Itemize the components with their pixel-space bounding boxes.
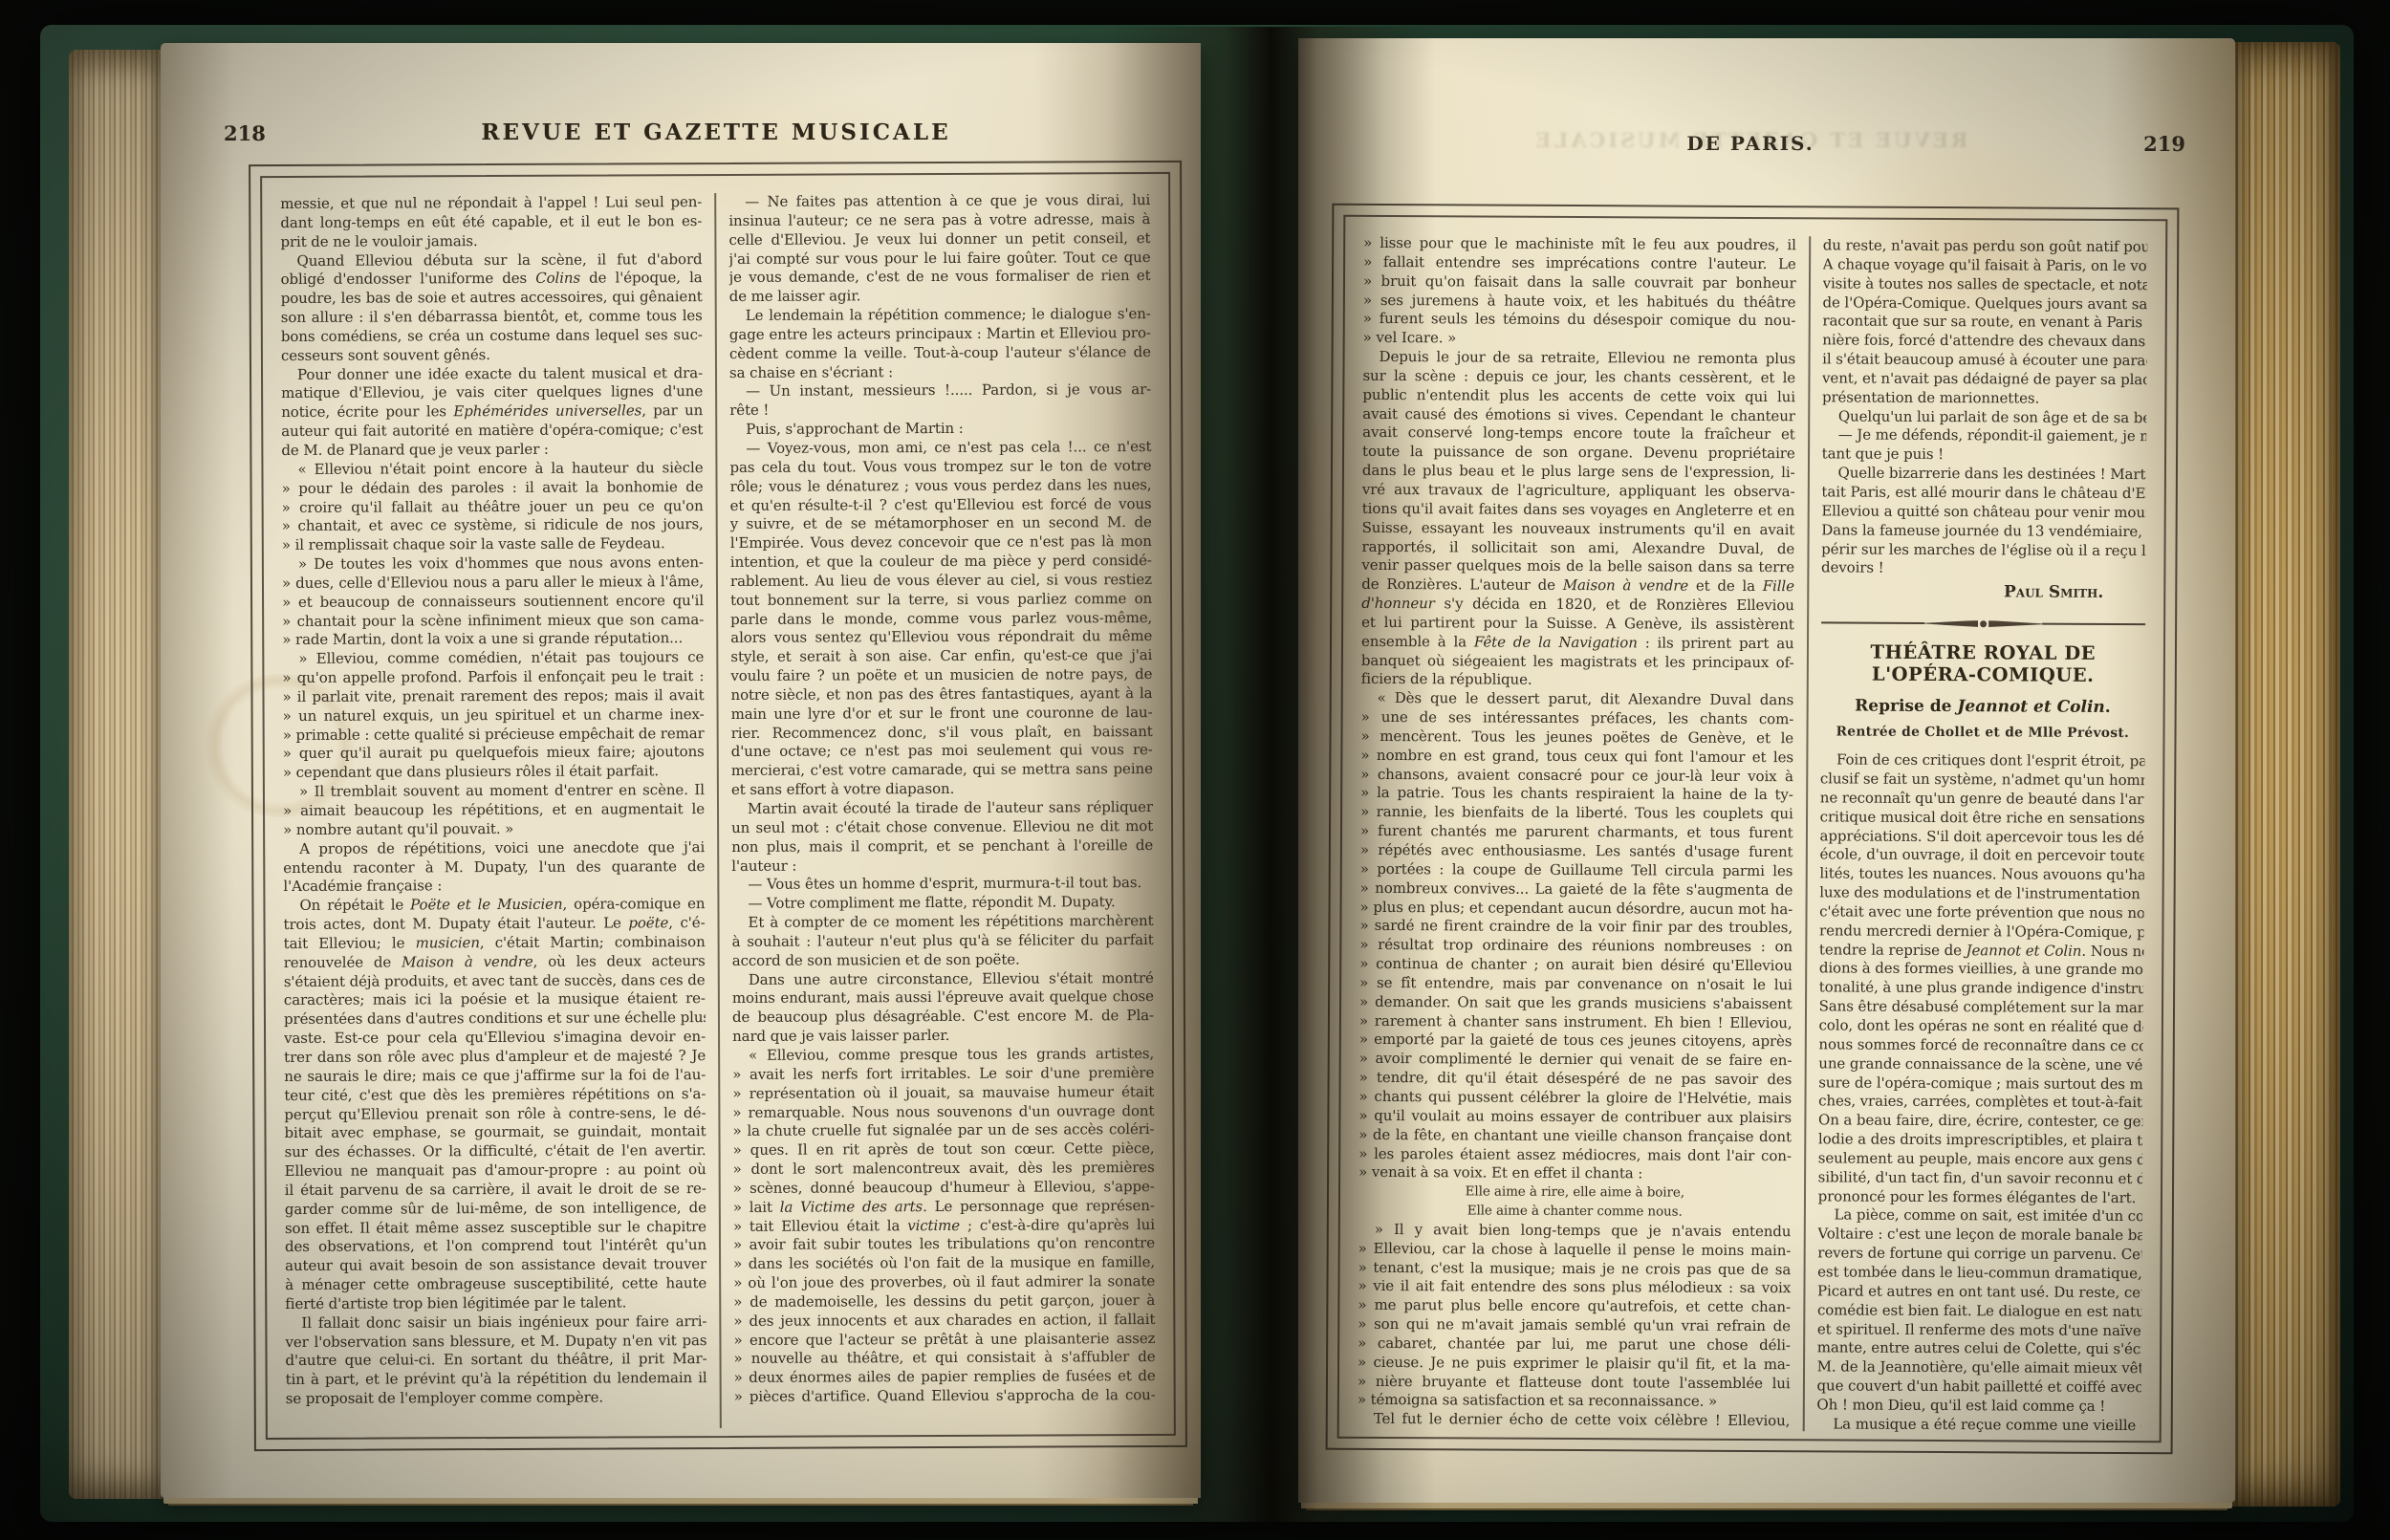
text-line: » deux énormes ailes de papier remplies … <box>734 1367 1156 1388</box>
right-page: REVUE ET GAZETTE MUSICALE DE PARIS. 219 … <box>1298 38 2235 1503</box>
text-line: public n'entendit plus les accents de ce… <box>1362 386 1795 407</box>
text-line: et spirituel. Il renferme des mots d'une… <box>1817 1320 2141 1341</box>
text-line: » rannie, les bienfaits de la liberté. T… <box>1360 803 1793 824</box>
text-line: » lisse pour que le machiniste mît le fe… <box>1363 234 1796 255</box>
text-line: dans le plus beau et le plus large sens … <box>1362 462 1795 483</box>
text-line: » portées : la coupe de Guillaume Tell c… <box>1360 860 1793 881</box>
text-line: perçut qu'Elleviou prenait son rôle à co… <box>284 1104 706 1125</box>
text-line: un seul mot : c'était chose convenue. El… <box>731 817 1153 838</box>
text-line: tait Paris, est allé mourir dans le chât… <box>1821 483 2145 504</box>
text-line: » chantait pour la scène infiniment mieu… <box>282 611 704 632</box>
text-line: » remarquable. Nous nous souvenons d'un … <box>732 1102 1154 1123</box>
text-line: » dont le sort malencontreux avait, dès … <box>733 1159 1155 1180</box>
text-line: « Elleviou, comme presque tous les grand… <box>732 1045 1154 1066</box>
text-line: auteur qui avait besoin de son assistanc… <box>285 1255 706 1276</box>
text-line: prononcé pour les formes élégantes de l'… <box>1818 1187 2142 1208</box>
right-text-frame: » lisse pour que le machiniste mît le fe… <box>1326 204 2180 1455</box>
text-line: lités, toutes les nuances. Nous avouons … <box>1819 865 2143 886</box>
text-line: » témoigna sa satisfaction et sa reconna… <box>1358 1391 1791 1412</box>
text-line: » un naturel exquis, un jeu spirituel et… <box>283 705 705 727</box>
text-line: » nombre en est grand, tous ceux qui fon… <box>1360 747 1793 768</box>
text-line: rendu mercredi dernier à l'Opéra-Comique… <box>1819 922 2143 943</box>
text-line: l'auteur : <box>731 856 1153 877</box>
text-line: se proposait de l'employer comme compère… <box>286 1388 707 1409</box>
text-line: » son qui ne m'avait jamais semblé qu'un… <box>1358 1315 1791 1336</box>
text-line: main une lyre d'or et sur le front une c… <box>731 704 1153 725</box>
text-line: » ses juremens à haute voix, et les habi… <box>1363 291 1796 312</box>
text-line: mante, entre autres celui de Colette, qu… <box>1817 1339 2141 1360</box>
left-text-frame-inner: messie, et que nul ne répondait à l'appe… <box>260 172 1176 1440</box>
article-subheading: Reprise de Jeannot et Colin. <box>1820 697 2144 718</box>
text-line: son effet. Il était même assez susceptib… <box>285 1218 706 1239</box>
text-line: » se fît entendre, mais par convenance o… <box>1359 974 1792 995</box>
left-column-1: messie, et que nul ne répondait à l'appe… <box>268 193 720 1430</box>
text-line: garder comme sûr de lui-même, de son int… <box>285 1199 706 1220</box>
text-line: tant que je puis ! <box>1822 445 2146 466</box>
text-line: » avait les nerfs fort irritables. Le so… <box>732 1064 1154 1085</box>
text-line: seulement au peuple, mais encore aux gen… <box>1818 1149 2142 1170</box>
text-line: clusif se fait un système, n'admet qu'un… <box>1820 770 2144 791</box>
text-line: Dans une autre circonstance, Elleviou s'… <box>732 969 1154 990</box>
article-end-text: du reste, n'avait pas perdu son goût nat… <box>1821 236 2147 579</box>
text-line: à souhait : l'auteur n'eut plus qu'à se … <box>732 931 1154 952</box>
text-line: notice, écrite pour les Ephémérides univ… <box>281 401 703 423</box>
text-line: Pour donner une idée exacte du talent mu… <box>281 364 703 385</box>
text-line: du reste, n'avait pas perdu son goût nat… <box>1823 236 2147 257</box>
text-line: cèdent comme la veille. Tout-à-coup l'au… <box>729 343 1151 364</box>
text-line: Depuis le jour de sa retraite, Elleviou … <box>1363 348 1796 369</box>
text-line: sibilité, d'un tact fin, d'un savoir rec… <box>1818 1168 2142 1189</box>
left-page: 218 REVUE ET GAZETTE MUSICALE messie, et… <box>161 43 1201 1498</box>
left-text-frame: messie, et que nul ne répondait à l'appe… <box>249 161 1187 1451</box>
text-line: » de la fête, en chantant une vieille ch… <box>1358 1126 1792 1147</box>
text-line: moins endurant, mais aussi l'épreuve ava… <box>732 987 1154 1009</box>
text-line: tions qu'il avait faites dans ses voyage… <box>1362 500 1795 521</box>
text-line: » tait Elleviou était la victime ; c'est… <box>733 1216 1155 1237</box>
text-line: — Voyez-vous, mon ami, ce n'est pas cela… <box>729 438 1151 459</box>
text-line: — Votre compliment me flatte, répondit M… <box>731 893 1153 914</box>
text-line: style, et serait à son aise. Car enfin, … <box>730 646 1152 667</box>
text-line: comédie est bien fait. Le dialogue en es… <box>1817 1301 2141 1322</box>
section-divider <box>1821 607 2146 641</box>
text-line: teur cité, c'est que dès les premières r… <box>284 1085 706 1106</box>
text-line: caractères; mais ici la poésie et la mus… <box>284 989 706 1010</box>
divider-taper-icon <box>1988 620 2042 627</box>
divider-dot-icon <box>1980 620 1987 627</box>
text-line: prit de ne le vouloir jamais. <box>280 231 702 252</box>
text-line: l'Académie française : <box>283 876 705 897</box>
text-line: voulu faire ? un poëte et un musicien de… <box>730 665 1152 686</box>
text-line: Tel fut le dernier écho de cette voix cé… <box>1358 1410 1791 1431</box>
text-line: entendu raconter à M. Dupaty, l'un des q… <box>283 857 705 878</box>
text-line: » de mademoiselle, les dessins du petit … <box>733 1291 1155 1312</box>
text-line: » qu'on appelle profond. Parfois il enfo… <box>282 667 704 688</box>
text-line: poudre, les bas de soie et autres access… <box>281 288 703 309</box>
text-line: rête ! <box>729 400 1151 421</box>
text-line: il était parvenu de sa carrière, il avai… <box>285 1180 706 1201</box>
text-line: Elleviou a quitté son château pour venir… <box>1821 502 2145 523</box>
text-line: On a beau faire, dire, écrire, contester… <box>1818 1112 2142 1133</box>
text-line: tout bonnement sur la terre, si vous par… <box>730 590 1152 611</box>
text-line: La musique a été reçue comme une vieille… <box>1816 1415 2140 1433</box>
text-line: nière fois, forcé d'attendre des chevaux… <box>1822 332 2146 353</box>
text-line: » pour le dédain des paroles : il avait … <box>282 478 704 499</box>
text-line: et lui partirent pour la Suisse. A Genèv… <box>1361 614 1794 635</box>
byline: Paul Smith. <box>1821 578 2146 609</box>
page-edges-right <box>2220 42 2340 1507</box>
text-line: fierté d'artiste trop bien légitimée par… <box>285 1293 706 1314</box>
text-line: » la patrie. Tous les chants respiraient… <box>1360 784 1793 805</box>
text-line: et qu'en résulte-t-il ? c'est qu'Ellevio… <box>730 495 1152 516</box>
text-line: » rade Martin, dont la voix a une si gra… <box>282 629 704 650</box>
text-line: » la chute cruelle fut signalée par un d… <box>732 1120 1154 1141</box>
text-line: » aimait beaucoup les répétitions, et en… <box>283 800 705 821</box>
text-line: sure de l'opéra-comique ; mais surtout d… <box>1818 1074 2142 1095</box>
text-line: » tenant, c'est la musique; mais je ne c… <box>1358 1258 1792 1279</box>
text-line: « Dès que le dessert parut, dit Alexandr… <box>1361 689 1794 710</box>
text-line: vent, et n'avait pas dédaigné de payer s… <box>1822 369 2146 390</box>
text-line: A chaque voyage qu'il faisait à Paris, o… <box>1823 255 2147 276</box>
text-line: ensemble à la Fête de la Navigation : il… <box>1361 633 1794 654</box>
text-line: vré aux travaux de l'agriculture, appliq… <box>1362 481 1795 502</box>
text-line: » et beaucoup de connaisseurs soutiennen… <box>282 592 704 613</box>
text-line: rapportés, il sollicitait son ami, Alexa… <box>1361 537 1794 558</box>
text-line: parle dans le monde, comme vous parlez v… <box>730 609 1152 630</box>
text-line: » demander. On sait que les grands music… <box>1359 993 1792 1014</box>
text-line: » plus en plus; et cependant aucun désor… <box>1360 898 1793 919</box>
divider-taper-icon <box>1924 620 1978 627</box>
text-line: colo, dont les opéras ne sont en réalité… <box>1818 1016 2142 1037</box>
text-line: » quer qu'il aurait pu quelquefois mieux… <box>283 744 705 765</box>
text-line: » tendre, dit qu'il était désespéré de n… <box>1359 1069 1792 1090</box>
text-line: tin à part, et le prévint qu'à la répéti… <box>286 1369 707 1390</box>
text-line: La pièce, comme on sait, est imitée d'un… <box>1817 1206 2141 1227</box>
text-line: de me laisser agir. <box>729 286 1151 307</box>
text-line: et sans effort à votre diapason. <box>731 779 1153 800</box>
text-line: » des jeux innocents et aux charades en … <box>733 1311 1155 1332</box>
text-line: » une de ses intéressantes préfaces, les… <box>1361 708 1794 729</box>
text-line: — Je me défends, répondit-il gaiement, j… <box>1822 426 2146 447</box>
text-line: » Il y avait bien long-temps que je n'av… <box>1358 1221 1792 1242</box>
text-line: cesseurs sont souvent gênés. <box>281 345 703 366</box>
text-line: » les paroles étaient assez médiocres, m… <box>1358 1144 1792 1165</box>
text-line: sur la scène : depuis ce jour, les chant… <box>1362 367 1795 388</box>
text-line: bitait avec emphase, se gourmait, se gui… <box>284 1122 706 1143</box>
text-line: messie, et que nul ne répondait à l'appe… <box>280 193 702 214</box>
text-line: nard que je vais laisser parler. <box>732 1026 1154 1047</box>
text-line: visite à toutes nos salles de spectacle,… <box>1823 274 2147 295</box>
text-line: » mencèrent. Tous les jeunes poëtes de G… <box>1360 727 1793 748</box>
text-line: ne saurais le dire; mais ce que j'affirm… <box>284 1066 706 1087</box>
text-line: — Vous êtes un homme d'esprit, murmura-t… <box>731 874 1153 895</box>
right-column-2: du reste, n'avait pas perdu son goût nat… <box>1802 236 2160 1433</box>
text-line: sur des échasses. Or la difficulté, c'ét… <box>285 1141 706 1162</box>
text-line: » avoir complimenté le dernier qui venai… <box>1359 1050 1792 1071</box>
text-line: auteur qui fait autorité en matière d'op… <box>281 421 703 442</box>
text-line: Quand Elleviou débuta sur la scène, il f… <box>280 250 702 271</box>
text-line: une grande connaissance de la scène, une… <box>1818 1054 2142 1075</box>
text-line: Oh ! mon Dieu, qu'il est laid comme ça ! <box>1816 1396 2140 1417</box>
text-line: de M. de Planard que je veux parler : <box>281 440 703 461</box>
article-body-text: Foin de ces critiques dont l'esprit étro… <box>1816 751 2144 1434</box>
text-line: rôle; vous le dénaturez ; vous vous perd… <box>730 476 1152 497</box>
divider-rule-icon <box>1821 622 1924 624</box>
text-line: — Un instant, messieurs !..... Pardon, s… <box>729 380 1151 401</box>
text-line: » sardé ne firent craindre de la voir fi… <box>1359 917 1792 938</box>
text-line: » résultat trop ordinaire des réunions n… <box>1359 936 1792 957</box>
text-line: » Elleviou, comme comédien, n'était pas … <box>282 648 704 669</box>
text-line: Il fallait donc saisir un biais ingénieu… <box>285 1312 706 1334</box>
text-line: » furent chantés me parurent charmants, … <box>1360 822 1793 843</box>
text-line: alors vous sentez qu'Elleviou vous répon… <box>730 627 1152 648</box>
text-line: luxe des modulations et de l'instrumenta… <box>1819 883 2143 904</box>
text-line: Et à compter de ce moment les répétition… <box>731 912 1153 933</box>
text-line: banquet où siégeaient les magistrats et … <box>1361 651 1794 672</box>
text-line: ver l'observation sans blessure, et M. D… <box>285 1332 706 1353</box>
text-line: je vous demande, c'est de ne vous formal… <box>729 267 1151 288</box>
text-line: Quelle bizarrerie dans les destinées ! M… <box>1822 464 2146 485</box>
text-line: d'autre que celui-ci. En sortant du théâ… <box>285 1351 706 1372</box>
text-line: Voltaire : c'est une leçon de morale ban… <box>1817 1225 2141 1247</box>
text-line: » vie il ait fait entendre des sons plus… <box>1358 1277 1791 1298</box>
text-line: insinua l'auteur; ce ne sera pas à votre… <box>728 210 1150 231</box>
text-line: trer dans son rôle avec plus d'ampleur e… <box>284 1047 706 1068</box>
text-line: Picard et autres en ont tant usé. Du res… <box>1817 1282 2141 1303</box>
text-line: des observations, et l'on comprend tout … <box>285 1236 706 1257</box>
text-line: » continua de chanter ; on aurait bien d… <box>1359 955 1792 976</box>
text-line: de l'Opéra-Comique. Quelques jours avant… <box>1822 293 2146 315</box>
journal-title: REVUE ET GAZETTE MUSICALE <box>251 119 1181 145</box>
text-line: Puis, s'approchant de Martin : <box>729 419 1151 440</box>
text-line: s'étaient déjà produits, et avec tant de… <box>284 971 706 992</box>
photographed-book-spread: 218 REVUE ET GAZETTE MUSICALE messie, et… <box>0 0 2390 1540</box>
text-line: obligé d'endosser l'uniforme des Colins … <box>281 269 703 290</box>
text-line: Le lendemain la répétition commence; le … <box>729 305 1151 326</box>
divider-rule-icon <box>2042 623 2145 625</box>
text-line: tendre la reprise de Jeannot et Colin. N… <box>1819 941 2143 962</box>
text-line: » qu'il voulait au moins essayer de cont… <box>1358 1107 1792 1128</box>
text-line: tonalité, à une plus grande indigence d'… <box>1819 979 2143 1000</box>
text-line: » dans les sociétés où l'on fait de la m… <box>733 1253 1155 1274</box>
text-line: bons comédiens, se créa un costume dans … <box>281 326 703 347</box>
text-line: périr sur les marches de l'église où il … <box>1821 540 2145 561</box>
text-line: » ques. Il en rit après de tout son cœur… <box>733 1139 1155 1160</box>
text-line: » nouvelle au théâtre, et qui consistait… <box>733 1348 1155 1369</box>
text-line: » me parut plus belle encore qu'autrefoi… <box>1358 1296 1791 1317</box>
left-column-2: — Ne faites pas attention à ce que je vo… <box>714 191 1168 1428</box>
text-line: il s'était beaucoup amusé à écouter une … <box>1822 350 2146 371</box>
text-line: » cependant que dans plusieurs rôles il … <box>283 762 705 783</box>
text-line: » dues, celle d'Elleviou nous a paru all… <box>282 573 704 594</box>
text-line: » De toutes les voix d'hommes que nous a… <box>282 553 704 575</box>
text-line: ficiers de la république. <box>1361 670 1794 691</box>
text-line: vaste. Est-ce pour cela qu'Elleviou s'im… <box>284 1028 706 1049</box>
text-line: » avoir fait subir toutes les tribulatio… <box>733 1234 1155 1255</box>
text-line: » chansons, avaient consacré pour ce jou… <box>1360 765 1793 786</box>
text-line: » lait la Victime des arts. Le personnag… <box>733 1197 1155 1218</box>
text-line: de Ronzières. L'auteur de Maison à vendr… <box>1361 575 1794 596</box>
text-line: celle d'Elleviou. Je veux lui donner un … <box>728 229 1150 250</box>
text-line: M. de la Jeannotière, qu'elle aimait mie… <box>1817 1358 2141 1379</box>
text-line: trois actes, dont M. Dupaty était l'aute… <box>283 914 705 935</box>
text-line: Elle aime à rire, elle aime à boire, <box>1358 1182 1792 1204</box>
right-text-frame-inner: » lisse pour que le machiniste mît le fe… <box>1337 215 2168 1442</box>
text-line: Dans la fameuse journée du 13 vendémiair… <box>1821 521 2145 542</box>
text-line: racontait que sur sa route, en venant à … <box>1822 313 2146 334</box>
text-line: matique d'Elleviou, je vais citer quelqu… <box>281 383 703 404</box>
text-line: » où l'on joue des proverbes, où il faut… <box>733 1272 1155 1293</box>
text-line: toute la puissance de son organe. Devenu… <box>1362 443 1795 464</box>
text-line: » nombreux convives... La gaieté de la f… <box>1360 879 1793 900</box>
text-line: revers de fortune qui corrige un parvenu… <box>1817 1244 2141 1265</box>
text-line: d'honneur s'y décida en 1820, et de Ronz… <box>1361 595 1794 616</box>
text-line: intention, et que la couleur de ma pièce… <box>730 552 1152 573</box>
text-line: » encore que l'acteur se prêtât à une pl… <box>733 1330 1155 1351</box>
text-line: ne reconnaît qu'un genre de beauté dans … <box>1820 789 2144 810</box>
text-line: c'était avec une forte prévention que no… <box>1819 902 2143 923</box>
text-line: que couvert d'un habit pailletté et coif… <box>1817 1377 2141 1398</box>
text-line: dant long-temps en eût été capable, et i… <box>280 212 702 233</box>
text-line: accord de son musicien et de son poëte. <box>732 950 1154 971</box>
right-column-1: » lisse pour que le machiniste mît le fe… <box>1345 234 1809 1431</box>
text-line: » nombre autant qu'il pouvait. » <box>283 819 705 840</box>
text-line: » emporté par la gaieté de tous ces jeun… <box>1359 1030 1792 1052</box>
text-line: critique musical doit être riche en sens… <box>1820 808 2144 829</box>
text-line: A propos de répétitions, voici une anecd… <box>283 838 705 859</box>
text-line: » furent seuls les témoins du désespoir … <box>1363 310 1796 331</box>
text-line: » rarement à chanter sans instrument. Eh… <box>1359 1011 1792 1032</box>
text-line: école, d'un ouvrage, il doit en percevoi… <box>1819 846 2143 867</box>
text-line: On répétait le Poëte et le Musicien, opé… <box>283 895 705 916</box>
text-line: j'ai compté sur vous pour le lui faire g… <box>728 249 1150 270</box>
text-line: est tombée dans le lieu-commun dramatiqu… <box>1817 1263 2141 1284</box>
text-line: » venait à sa voix. Et en effet il chant… <box>1358 1163 1792 1184</box>
text-line: Elleviou ne manquait pas d'amour-propre … <box>285 1160 706 1182</box>
text-line: venir passer quelques mois de la belle s… <box>1361 556 1794 577</box>
text-line: lodie a des droits imprescriptibles, et … <box>1818 1130 2142 1151</box>
text-line: l'Empirée. Vous devez concevoir que ce n… <box>730 532 1152 553</box>
text-line: sa chaise en s'écriant : <box>729 362 1151 383</box>
text-line: rier. Recommencez donc, s'il vous plaît,… <box>731 723 1153 744</box>
text-line: y suivre, et de se métamorphoser en un s… <box>730 513 1152 534</box>
text-line: Quelqu'un lui parlait de son âge et de s… <box>1822 407 2146 428</box>
text-line: » répétés avec enthousiasme. Les santés … <box>1360 841 1793 862</box>
text-line: renouvelée de Maison à vendre, où les de… <box>284 952 706 973</box>
text-line: Martin avait écouté la tirade de l'auteu… <box>731 798 1153 819</box>
text-line: » chantait, et avec ce système, si ridic… <box>282 515 704 536</box>
text-line: » il remplissait chaque soir la vaste sa… <box>282 534 704 555</box>
text-line: » vel Icare. » <box>1363 329 1796 350</box>
text-line: avait causé des émotions si vives. Cepen… <box>1362 404 1795 425</box>
text-line: nous sommes forcé de reconnaître dans ce… <box>1818 1035 2142 1056</box>
text-line: » primable : cette qualité si précieuse … <box>283 725 705 746</box>
text-line: ches, vraies, carrées, complètes et tout… <box>1818 1093 2142 1114</box>
text-line: pas cela du tout. Vous vous trompez sur … <box>729 457 1151 478</box>
text-line: présentées dans d'autres conditions et s… <box>284 1009 706 1030</box>
text-line: « Elleviou n'était point encore à la hau… <box>281 459 703 480</box>
text-line: d'une octave; ce n'est pas moi seulement… <box>731 741 1153 762</box>
text-line: » Il tremblait souvent au moment d'entre… <box>283 781 705 802</box>
text-line: » pièces d'artifice. Quand Elleviou s'ap… <box>734 1386 1156 1407</box>
text-line: mercierai, c'est votre camarade, qui se … <box>731 760 1153 781</box>
text-line: » cieuse. Je ne puis exprimer le plaisir… <box>1358 1354 1791 1375</box>
text-line: gage entre les acteurs principaux : Mart… <box>729 324 1151 345</box>
text-line: tait Elleviou; le musicien, c'était Mart… <box>284 933 706 954</box>
article-cast-line: Rentrée de Chollet et de Mlle Prévost. <box>1820 725 2144 742</box>
text-line: Elle aime à chanter comme nous. <box>1358 1202 1792 1223</box>
text-line: à ménager cette ombrageuse susceptibilit… <box>285 1274 706 1295</box>
text-line: appréciations. S'il doit apercevoir tous… <box>1820 827 2144 848</box>
right-page-number: 219 <box>2143 132 2185 156</box>
text-line: dions à des formes vieillies, à une gran… <box>1819 960 2143 981</box>
text-line: » bruit qu'on faisait dans la salle couv… <box>1363 272 1796 293</box>
text-line: » cabaret, chantée par lui, me parut une… <box>1358 1334 1791 1356</box>
running-title: DE PARIS. <box>1329 132 2172 155</box>
text-line: » croire qu'il fallait au théâtre jouer … <box>282 497 704 518</box>
text-line: Sans être désabusé complétement sur la m… <box>1819 998 2143 1019</box>
text-line: non plus, mais il comprit, et se penchan… <box>731 836 1153 857</box>
text-line: » nière bruyante et flatteuse dont toute… <box>1358 1372 1791 1393</box>
text-line: devoirs ! <box>1821 559 2145 580</box>
text-line: » chants qui pussent célébrer la gloire … <box>1358 1088 1792 1109</box>
text-line: avait conservé long-temps encore toute l… <box>1362 423 1795 445</box>
text-line: de beaucoup plus désagréable. C'est enco… <box>732 1007 1154 1028</box>
text-line: » fallait entendre ses imprécations cont… <box>1363 253 1796 274</box>
text-line: Foin de ces critiques dont l'esprit étro… <box>1820 751 2144 772</box>
text-line: » il parlait vite, prenait rarement des … <box>282 686 704 707</box>
text-line: » représentation où il jouait, sa mauvai… <box>732 1083 1154 1104</box>
text-line: — Ne faites pas attention à ce que je vo… <box>728 191 1150 212</box>
text-line: » scènes, donné beaucoup d'humeur à Elle… <box>733 1178 1155 1199</box>
text-line: rablement. Au lieu de vous élever au cie… <box>730 571 1152 592</box>
article-heading: THÉÂTRE ROYAL DE L'OPÉRA-COMIQUE. <box>1820 641 2145 687</box>
text-line: notre siècle, et non pas des êtres fanta… <box>730 684 1152 705</box>
text-line: Suisse, essayant les nouveaux instrument… <box>1362 519 1795 540</box>
text-line: son allure : il s'en débarrassa bientôt,… <box>281 307 703 328</box>
text-line: » Elleviou, car la chose à laquelle il p… <box>1358 1240 1792 1261</box>
text-line: présentation de marionnettes. <box>1822 388 2146 409</box>
